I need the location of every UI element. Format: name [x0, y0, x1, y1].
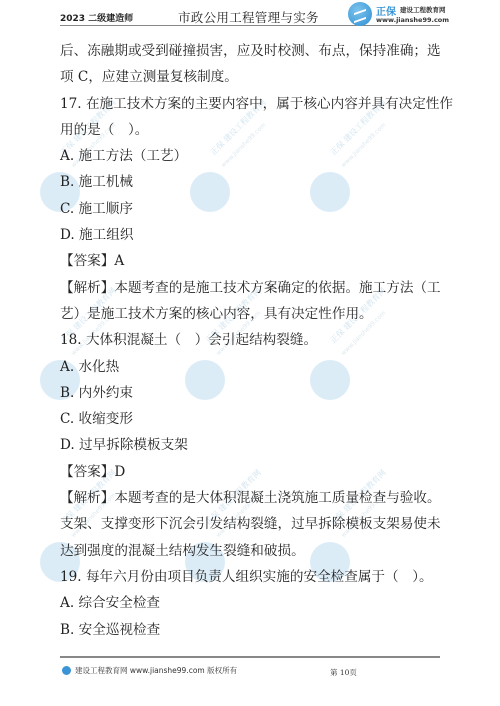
logo-url: www.jianshe99.com — [376, 16, 449, 24]
answer: 【答案】A — [60, 248, 445, 274]
option-b: B. 内外约束 — [60, 380, 445, 406]
document-body: 后、冻融期或受到碰撞损害，应及时校测、布点，保持准确；选 项 C，应建立测量复核… — [60, 38, 445, 643]
option-a: A. 综合安全检查 — [60, 590, 445, 616]
option-b: B. 安全巡视检查 — [60, 617, 445, 643]
text-line: 项 C，应建立测量复核制度。 — [60, 64, 445, 90]
subject-title: 市政公用工程管理与实务 — [178, 8, 319, 26]
explanation: 【解析】本题考查的是大体积混凝土浇筑施工质量检查与验收。 — [60, 485, 445, 511]
option-b: B. 施工机械 — [60, 169, 445, 195]
question-18: 18. 大体积混凝土（ ）会引起结构裂缝。 — [60, 327, 445, 353]
option-c: C. 施工顺序 — [60, 196, 445, 222]
explanation-cont: 艺）是施工技术方案的核心内容，具有决定性作用。 — [60, 301, 445, 327]
option-d: D. 过早拆除模板支架 — [60, 432, 445, 458]
page-number: 第 10页 — [330, 667, 357, 678]
explanation: 【解析】本题考查的是施工技术方案确定的依据。施工方法（工 — [60, 275, 445, 301]
text-line: 后、冻融期或受到碰撞损害，应及时校测、布点，保持准确；选 — [60, 38, 445, 64]
question-19: 19. 每年六月份由项目负责人组织实施的安全检查属于（ ）。 — [60, 564, 445, 590]
explanation-cont: 达到强度的混凝土结构发生裂缝和破损。 — [60, 538, 445, 564]
site-logo-icon — [62, 666, 71, 675]
question-17: 17. 在施工技术方案的主要内容中，属于核心内容并具有决定性作 — [60, 91, 445, 117]
question-17-cont: 用的是（ ）。 — [60, 117, 445, 143]
option-a: A. 施工方法（工艺） — [60, 143, 445, 169]
option-c: C. 收缩变形 — [60, 406, 445, 432]
option-a: A. 水化热 — [60, 354, 445, 380]
logo-subtitle: 建设工程教育网 — [400, 5, 446, 14]
answer: 【答案】D — [60, 459, 445, 485]
exam-title: 2023 二级建造师 — [60, 11, 133, 24]
footer-copyright: 建设工程教育网 www.jianshe99.com 版权所有 — [62, 665, 237, 676]
footer-divider — [60, 656, 440, 658]
copyright-text: 建设工程教育网 www.jianshe99.com 版权所有 — [75, 665, 237, 676]
zhengbao-logo-icon — [348, 2, 372, 26]
explanation-cont: 支架、支撑变形下沉会引发结构裂缝，过早拆除模板支架易使未 — [60, 511, 445, 537]
option-d: D. 施工组织 — [60, 222, 445, 248]
brand-logo: 正保 建设工程教育网 www.jianshe99.com — [348, 2, 488, 28]
